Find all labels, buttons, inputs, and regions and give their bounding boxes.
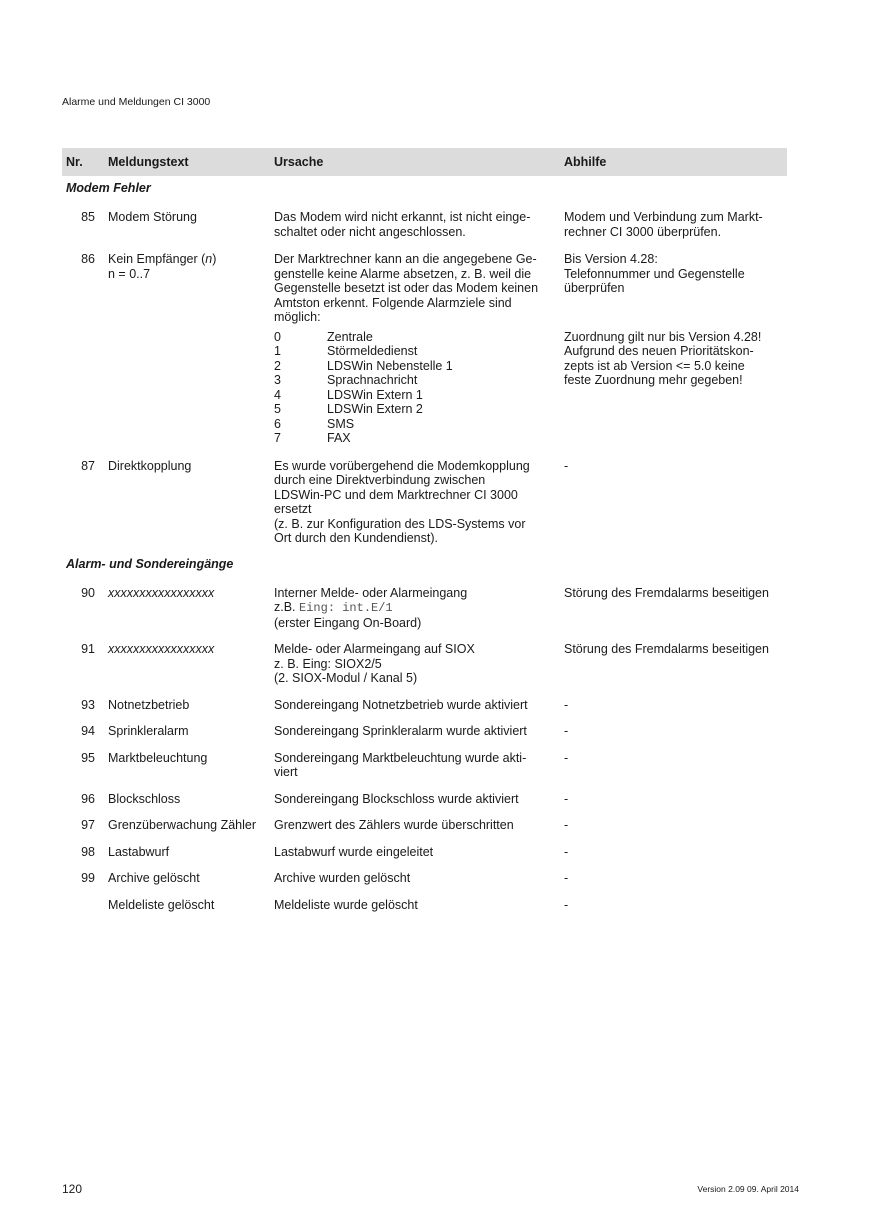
table-row: 98 Lastabwurf Lastabwurf wurde eingeleit… xyxy=(62,845,787,860)
row-message: Meldeliste gelöscht xyxy=(108,898,268,913)
text-line: (erster Eingang On-Board) xyxy=(274,616,559,631)
page-number: 120 xyxy=(62,1182,82,1196)
row-cause: Grenzwert des Zählers wurde überschritte… xyxy=(274,818,559,833)
text-line: LDSWin-PC und dem Marktrechner CI 3000 xyxy=(274,488,559,503)
row-number: 85 xyxy=(62,210,95,225)
row-cause: Der Marktrechner kann an die angegebene … xyxy=(274,252,559,446)
row-number: 98 xyxy=(62,845,95,860)
table-row: 96 Blockschloss Sondereingang Blockschlo… xyxy=(62,792,787,807)
code-text: Eing: int.E/1 xyxy=(299,601,393,615)
text-line: ersetzt xyxy=(274,502,559,517)
text-line: Amtston erkennt. Folgende Alarmziele sin… xyxy=(274,296,559,311)
text-line: n = 0..7 xyxy=(108,267,268,282)
text-line: viert xyxy=(274,765,559,780)
col-header-remedy: Abhilfe xyxy=(564,155,606,169)
table-row: 85 Modem Störung Das Modem wird nicht er… xyxy=(62,210,787,239)
alarm-target: 4LDSWin Extern 1 xyxy=(274,388,559,403)
row-message: xxxxxxxxxxxxxxxxx xyxy=(108,642,268,657)
target-number: 7 xyxy=(274,431,281,446)
row-cause: Archive wurden gelöscht xyxy=(274,871,559,886)
alarm-target: 7FAX xyxy=(274,431,559,446)
text-line: (z. B. zur Konfiguration des LDS-Systems… xyxy=(274,517,559,532)
row-remedy: Störung des Fremdalarms beseitigen xyxy=(564,586,789,601)
text-line: (2. SIOX-Modul / Kanal 5) xyxy=(274,671,559,686)
alarm-target: 6SMS xyxy=(274,417,559,432)
row-cause: Meldeliste wurde gelöscht xyxy=(274,898,559,913)
alarm-target: 5LDSWin Extern 2 xyxy=(274,402,559,417)
row-remedy: Modem und Verbindung zum Markt- rechner … xyxy=(564,210,789,239)
col-header-nr: Nr. xyxy=(66,155,83,169)
alarm-target: 0Zentrale xyxy=(274,330,559,345)
table-row: 86 Kein Empfänger (n) n = 0..7 Der Markt… xyxy=(62,252,787,446)
target-label: FAX xyxy=(327,431,351,446)
text: ) xyxy=(212,252,216,266)
text-line: Das Modem wird nicht erkannt, ist nicht … xyxy=(274,210,559,225)
text-line: Der Marktrechner kann an die angegebene … xyxy=(274,252,559,267)
row-number: 99 xyxy=(62,871,95,886)
row-remedy: Störung des Fremdalarms beseitigen xyxy=(564,642,789,657)
row-message: Blockschloss xyxy=(108,792,268,807)
row-number: 94 xyxy=(62,724,95,739)
row-number: 86 xyxy=(62,252,95,267)
text-line: Sondereingang Marktbeleuchtung wurde akt… xyxy=(274,751,559,766)
target-number: 5 xyxy=(274,402,281,417)
row-number: 93 xyxy=(62,698,95,713)
text: Kein Empfänger ( xyxy=(108,252,205,266)
target-number: 6 xyxy=(274,417,281,432)
row-cause: Interner Melde- oder Alarmeingang z.B. E… xyxy=(274,586,559,631)
text-line: z.B. Eing: int.E/1 xyxy=(274,600,559,616)
target-label: LDSWin Extern 2 xyxy=(327,402,423,417)
target-number: 2 xyxy=(274,359,281,374)
row-cause: Sondereingang Notnetzbetrieb wurde aktiv… xyxy=(274,698,559,713)
text-line: Zuordnung gilt nur bis Version 4.28! xyxy=(564,330,789,345)
row-message: Notnetzbetrieb xyxy=(108,698,268,713)
text-line: überprüfen xyxy=(564,281,789,296)
text-line: z. B. Eing: SIOX2/5 xyxy=(274,657,559,672)
row-message: Marktbeleuchtung xyxy=(108,751,268,766)
target-label: SMS xyxy=(327,417,354,432)
table-row: Meldeliste gelöscht Meldeliste wurde gel… xyxy=(62,898,787,913)
row-number: 87 xyxy=(62,459,95,474)
text-line: zepts ist ab Version <= 5.0 keine xyxy=(564,359,789,374)
row-remedy: - xyxy=(564,898,789,913)
row-message: Lastabwurf xyxy=(108,845,268,860)
running-header: Alarme und Meldungen CI 3000 xyxy=(62,96,210,108)
row-cause: Es wurde vorübergehend die Modemkopplung… xyxy=(274,459,559,546)
row-number: 96 xyxy=(62,792,95,807)
row-cause: Sondereingang Blockschloss wurde aktivie… xyxy=(274,792,559,807)
text-line: Interner Melde- oder Alarmeingang xyxy=(274,586,559,601)
table-row: 87 Direktkopplung Es wurde vorübergehend… xyxy=(62,459,787,546)
table-row: 94 Sprinkleralarm Sondereingang Sprinkle… xyxy=(62,724,787,739)
text-line: rechner CI 3000 überprüfen. xyxy=(564,225,789,240)
table-row: 99 Archive gelöscht Archive wurden gelös… xyxy=(62,871,787,886)
target-label: Sprachnachricht xyxy=(327,373,417,388)
section-title-alarm-inputs: Alarm- und Sondereingänge xyxy=(62,552,787,577)
target-label: Zentrale xyxy=(327,330,373,345)
target-number: 1 xyxy=(274,344,281,359)
table-row: 97 Grenzüberwachung Zähler Grenzwert des… xyxy=(62,818,787,833)
target-label: LDSWin Nebenstelle 1 xyxy=(327,359,453,374)
target-number: 0 xyxy=(274,330,281,345)
text-line: Melde- oder Alarmeingang auf SIOX xyxy=(274,642,559,657)
alarm-target: 1Störmeldedienst xyxy=(274,344,559,359)
row-message: Kein Empfänger (n) n = 0..7 xyxy=(108,252,268,281)
table-row: 90 xxxxxxxxxxxxxxxxx Interner Melde- ode… xyxy=(62,586,787,631)
row-message: xxxxxxxxxxxxxxxxx xyxy=(108,586,268,601)
text-line: Es wurde vorübergehend die Modemkopplung xyxy=(274,459,559,474)
alarm-target-list: 0Zentrale 1Störmeldedienst 2LDSWin Neben… xyxy=(274,330,559,446)
section-title-modem: Modem Fehler xyxy=(62,176,787,201)
row-remedy: - xyxy=(564,724,789,739)
target-number: 4 xyxy=(274,388,281,403)
row-remedy: - xyxy=(564,818,789,833)
row-cause: Melde- oder Alarmeingang auf SIOX z. B. … xyxy=(274,642,559,686)
target-label: Störmeldedienst xyxy=(327,344,417,359)
text-line: Bis Version 4.28: xyxy=(564,252,789,267)
row-message: Grenzüberwachung Zähler xyxy=(108,818,268,833)
text-line: durch eine Direktverbindung zwischen xyxy=(274,473,559,488)
row-remedy: - xyxy=(564,459,789,474)
row-cause: Lastabwurf wurde eingeleitet xyxy=(274,845,559,860)
targets-note: Zuordnung gilt nur bis Version 4.28! Auf… xyxy=(564,330,789,388)
row-message: Archive gelöscht xyxy=(108,871,268,886)
text-line: Modem und Verbindung zum Markt- xyxy=(564,210,789,225)
row-remedy: - xyxy=(564,698,789,713)
text-line: möglich: xyxy=(274,310,559,325)
text-line: Ort durch den Kundendienst). xyxy=(274,531,559,546)
version-info: Version 2.09 09. April 2014 xyxy=(697,1184,799,1194)
text-line: Aufgrund des neuen Prioritätskon- xyxy=(564,344,789,359)
text: z.B. xyxy=(274,600,299,614)
col-header-cause: Ursache xyxy=(274,155,323,169)
text-line: genstelle keine Alarme absetzen, z. B. w… xyxy=(274,267,559,282)
text-line: schaltet oder nicht angeschlossen. xyxy=(274,225,559,240)
row-cause: Sondereingang Sprinkleralarm wurde aktiv… xyxy=(274,724,559,739)
row-number: 95 xyxy=(62,751,95,766)
text-line: feste Zuordnung mehr gegeben! xyxy=(564,373,789,388)
col-header-message: Meldungstext xyxy=(108,155,189,169)
alarm-target: 3Sprachnachricht xyxy=(274,373,559,388)
row-remedy: - xyxy=(564,792,789,807)
table-header: Nr. Meldungstext Ursache Abhilfe xyxy=(62,148,787,176)
row-cause: Sondereingang Marktbeleuchtung wurde akt… xyxy=(274,751,559,780)
table-row: 95 Marktbeleuchtung Sondereingang Marktb… xyxy=(62,751,787,780)
row-number: 90 xyxy=(62,586,95,601)
table-row: 91 xxxxxxxxxxxxxxxxx Melde- oder Alarmei… xyxy=(62,642,787,686)
row-remedy: Bis Version 4.28: Telefonnummer und Gege… xyxy=(564,252,789,296)
row-message: Modem Störung xyxy=(108,210,268,225)
row-remedy: - xyxy=(564,845,789,860)
row-message: Direktkopplung xyxy=(108,459,268,474)
row-number: 97 xyxy=(62,818,95,833)
text-line: Gegenstelle besetzt ist oder das Modem k… xyxy=(274,281,559,296)
target-number: 3 xyxy=(274,373,281,388)
row-cause: Das Modem wird nicht erkannt, ist nicht … xyxy=(274,210,559,239)
row-remedy: - xyxy=(564,871,789,886)
row-message: Sprinkleralarm xyxy=(108,724,268,739)
target-label: LDSWin Extern 1 xyxy=(327,388,423,403)
table-row: 93 Notnetzbetrieb Sondereingang Notnetzb… xyxy=(62,698,787,713)
alarm-target: 2LDSWin Nebenstelle 1 xyxy=(274,359,559,374)
alarm-message-table: Nr. Meldungstext Ursache Abhilfe Modem F… xyxy=(62,148,787,912)
row-remedy: - xyxy=(564,751,789,766)
row-number: 91 xyxy=(62,642,95,657)
text-line: Telefonnummer und Gegenstelle xyxy=(564,267,789,282)
